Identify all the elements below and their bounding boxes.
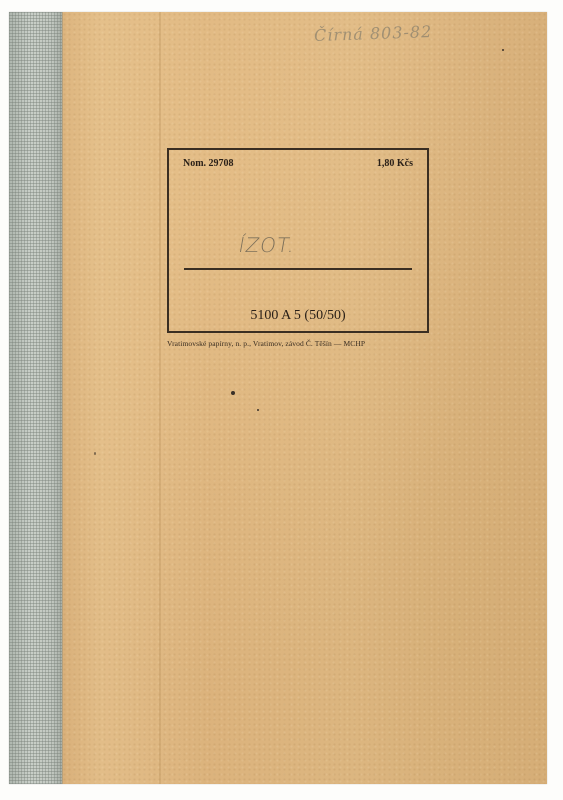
ink-speck: [94, 452, 96, 455]
title-write-line: [184, 268, 412, 270]
handwritten-title: ĺZOT.: [237, 233, 297, 257]
label-price: 1,80 Kčs: [377, 158, 413, 169]
cover-label-box: Nom. 29708 1,80 Kčs ĺZOT. 5100 A 5 (50/5…: [167, 148, 429, 333]
ink-speck: [257, 409, 259, 411]
ink-spot: [231, 391, 235, 395]
product-code: 5100 A 5 (50/50): [169, 308, 427, 324]
notebook-cover: [62, 12, 547, 784]
notebook: Čírná 803-82 Nom. 29708 1,80 Kčs ĺZOT. 5…: [9, 12, 547, 784]
cover-fold-line: [159, 12, 161, 784]
ink-speck: [502, 49, 504, 51]
scan-page: Čírná 803-82 Nom. 29708 1,80 Kčs ĺZOT. 5…: [0, 0, 563, 800]
label-nom-number: Nom. 29708: [183, 158, 234, 169]
manufacturer-imprint: Vratimovské papírny, n. p., Vratimov, zá…: [167, 339, 433, 348]
cloth-spine: [9, 12, 63, 784]
